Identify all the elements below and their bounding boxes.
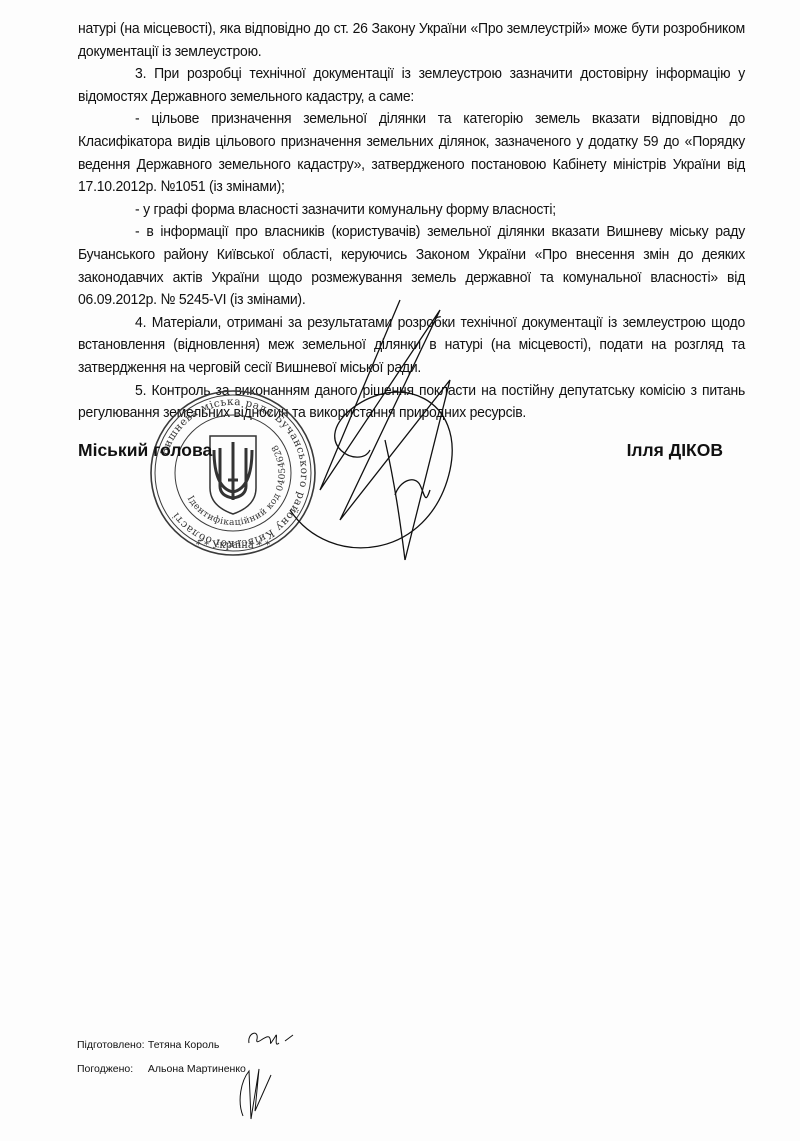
handwritten-signature: [200, 270, 500, 570]
paragraph: натурі (на місцевості), яка відповідно д…: [78, 18, 745, 63]
document-page: натурі (на місцевості), яка відповідно д…: [0, 0, 800, 1141]
paragraph-item-3: 3. При розробці технічної документації і…: [78, 63, 745, 108]
agreed-signature: [229, 1061, 274, 1121]
prepared-label: Підготовлено:: [77, 1033, 145, 1057]
agreed-label: Погоджено:: [77, 1057, 145, 1081]
prepared-name: Тетяна Король: [148, 1039, 219, 1051]
agreed-by-row: Погоджено: Альона Мартиненко: [77, 1057, 246, 1081]
signer-name: Ілля ДІКОВ: [627, 440, 723, 461]
signer-position: Міський голова: [78, 440, 212, 461]
prepared-signature: [245, 1023, 295, 1053]
prepared-by-row: Підготовлено: Тетяна Король: [77, 1033, 246, 1057]
paragraph-purpose: - цільове призначення земельної ділянки …: [78, 108, 745, 198]
document-footer: Підготовлено: Тетяна Король Погоджено: А…: [77, 1033, 246, 1081]
paragraph-ownership-form: - у графі форма власності зазначити кому…: [78, 199, 745, 222]
